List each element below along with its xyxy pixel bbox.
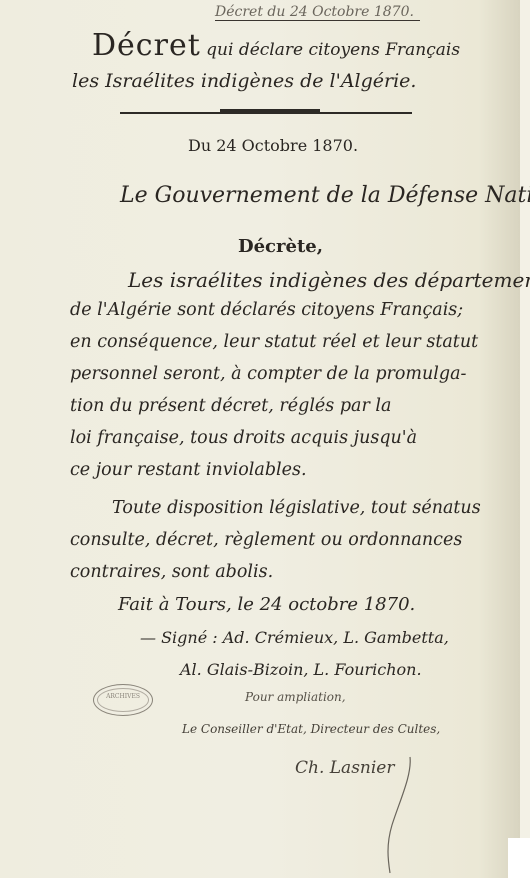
- signed-line: Al. Glais-Bizoin, L. Fourichon.: [180, 660, 422, 679]
- document-title: Décret qui déclare citoyens Français: [92, 28, 460, 63]
- title-divider: [120, 112, 412, 114]
- article1-line: personnel seront, à compter de la promul…: [70, 364, 466, 384]
- article1-line: Les israélites indigènes des département…: [128, 268, 530, 292]
- reference-note: Décret du 24 Octobre 1870.: [215, 4, 420, 21]
- title-rest: qui déclare citoyens Français: [206, 40, 460, 60]
- article1-line: loi française, tous droits acquis jusqu'…: [70, 428, 417, 448]
- government-line: Le Gouvernement de la Défense Nationale: [120, 183, 530, 208]
- signed-line: — Signé : Ad. Crémieux, L. Gambetta,: [140, 628, 449, 647]
- ampliation-line: Pour ampliation,: [245, 690, 346, 704]
- signature-flourish: [380, 755, 440, 875]
- article1-line: en conséquence, leur statut réel et leur…: [70, 332, 478, 352]
- article2-line: Toute disposition législative, tout séna…: [112, 498, 481, 518]
- article1-line: de l'Algérie sont déclarés citoyens Fran…: [70, 300, 463, 320]
- article1-line: ce jour restant inviolables.: [70, 460, 307, 480]
- article2-line: contraires, sont abolis.: [70, 562, 273, 582]
- stamp-text: ARCHIVES: [94, 693, 152, 700]
- page-corner: [508, 838, 530, 878]
- title-word: Décret: [92, 28, 201, 63]
- decree-heading: Décrète,: [238, 236, 323, 257]
- done-at-line: Fait à Tours, le 24 octobre 1870.: [118, 594, 415, 615]
- archive-stamp: ARCHIVES: [93, 684, 153, 716]
- document-title-line2: les Israélites indigènes de l'Algérie.: [72, 70, 416, 92]
- article2-line: consulte, décret, règlement ou ordonnanc…: [70, 530, 462, 550]
- title-divider-accent: [220, 109, 320, 112]
- date-line: Du 24 Octobre 1870.: [188, 136, 358, 155]
- counsellor-line: Le Conseiller d'Etat, Directeur des Cult…: [182, 722, 440, 736]
- page-edge: [520, 0, 530, 878]
- article1-line: tion du présent décret, réglés par la: [70, 396, 391, 416]
